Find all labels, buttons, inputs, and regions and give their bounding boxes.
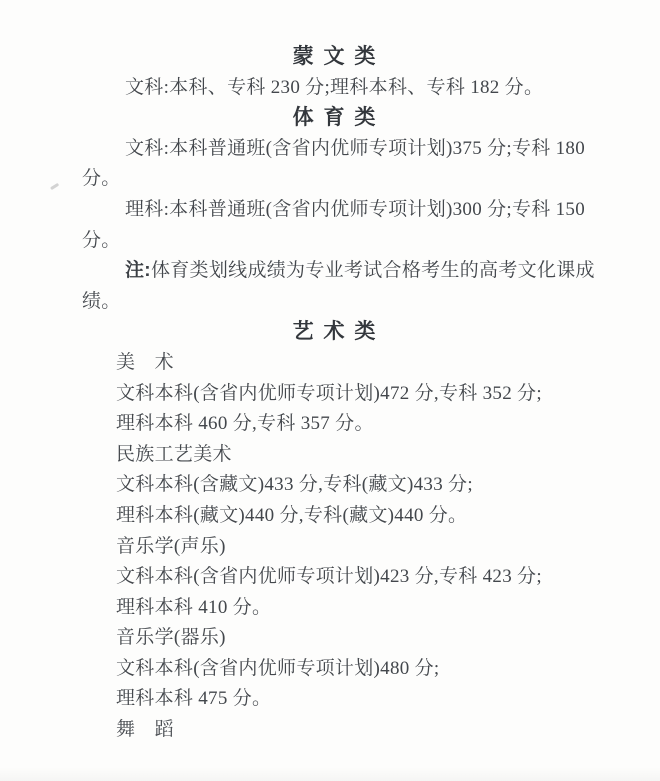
subheading-dance: 舞 蹈 [82,715,602,746]
subheading-musicology-instrumental: 音乐学(器乐) [82,623,602,654]
section-sports-category: 体 育 类 文科:本科普通班(含省内优师专项计划)375 分;专科 180 分。… [82,103,602,317]
score-line-sports-science-wrap: 分。 [82,226,602,257]
section-title-arts-category: 艺 术 类 [75,317,595,348]
subheading-fine-arts: 美 术 [82,348,602,379]
score-line-music-instrumental-liberal: 文科本科(含省内优师专项计划)480 分; [82,654,602,685]
section-title-sports-category: 体 育 类 [75,103,595,134]
note-line-wrap: 绩。 [82,287,602,318]
section-mongolian-language-category: 蒙 文 类 文科:本科、专科 230 分;理科本科、专科 182 分。 [82,42,602,103]
scanned-document-page: 蒙 文 类 文科:本科、专科 230 分;理科本科、专科 182 分。 体 育 … [0,0,660,781]
score-line-music-instrumental-science: 理科本科 475 分。 [82,684,602,715]
section-arts-category: 艺 术 类 美 术 文科本科(含省内优师专项计划)472 分,专科 352 分;… [82,317,602,745]
score-line-mongolian: 文科:本科、专科 230 分;理科本科、专科 182 分。 [82,73,602,104]
score-line-ethnic-crafts-science: 理科本科(藏文)440 分,专科(藏文)440 分。 [82,501,602,532]
score-line-fine-arts-liberal: 文科本科(含省内优师专项计划)472 分,专科 352 分; [82,379,602,410]
score-line-ethnic-crafts-liberal: 文科本科(含藏文)433 分,专科(藏文)433 分; [82,470,602,501]
scan-artifact-mark [50,183,59,190]
note-line: 注:体育类划线成绩为专业考试合格考生的高考文化课成 [82,256,602,287]
score-line-music-vocal-liberal: 文科本科(含省内优师专项计划)423 分,专科 423 分; [82,562,602,593]
score-line-music-vocal-science: 理科本科 410 分。 [82,593,602,624]
score-line-sports-liberal-arts-wrap: 分。 [82,164,602,195]
score-line-sports-liberal-arts: 文科:本科普通班(含省内优师专项计划)375 分;专科 180 [82,134,602,165]
score-line-sports-science: 理科:本科普通班(含省内优师专项计划)300 分;专科 150 [82,195,602,226]
subheading-musicology-vocal: 音乐学(声乐) [82,532,602,563]
subheading-ethnic-arts-crafts: 民族工艺美术 [82,440,602,471]
section-title-mongolian-category: 蒙 文 类 [75,42,595,73]
score-line-fine-arts-science: 理科本科 460 分,专科 357 分。 [82,409,602,440]
note-label: 注: [125,260,151,281]
note-text: 体育类划线成绩为专业考试合格考生的高考文化课成 [151,260,595,281]
